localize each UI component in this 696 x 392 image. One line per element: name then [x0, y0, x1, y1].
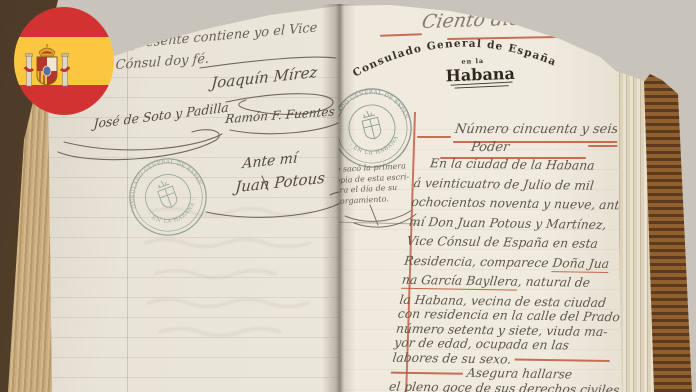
body-line: el pleno goce de sus derechos civiles, t… [388, 380, 598, 392]
stamp-coat-of-arms [155, 178, 179, 210]
royal-crown [39, 44, 55, 56]
spain-coat-of-arms [24, 43, 70, 95]
shield [37, 57, 57, 85]
book-gutter-shadow [322, 4, 356, 392]
grantor-name-underlined: na García Bayllera [401, 273, 519, 291]
record-number: Número cincuenta y seis [454, 122, 619, 137]
deed-body: En la ciudad de la Habana á veinticuatro… [388, 156, 625, 392]
body-text: Asegura hallarse [466, 366, 573, 382]
record-title: Poder [470, 140, 510, 155]
red-fill-line [391, 372, 463, 375]
photo-historical-consular-book: el presente contiene yo el Vice Cónsul d… [0, 0, 696, 392]
grantor-name-underlined: Doña Jua [551, 256, 610, 273]
body-text: Residencia, comparece [404, 253, 554, 269]
record-number-underline-2 [588, 145, 622, 147]
body-text: , natural de [517, 275, 591, 290]
body-text: labores de su sexo. [392, 351, 512, 367]
red-fill-line [514, 359, 609, 362]
record-number-dash [417, 136, 451, 138]
spain-flag-badge [14, 7, 114, 115]
